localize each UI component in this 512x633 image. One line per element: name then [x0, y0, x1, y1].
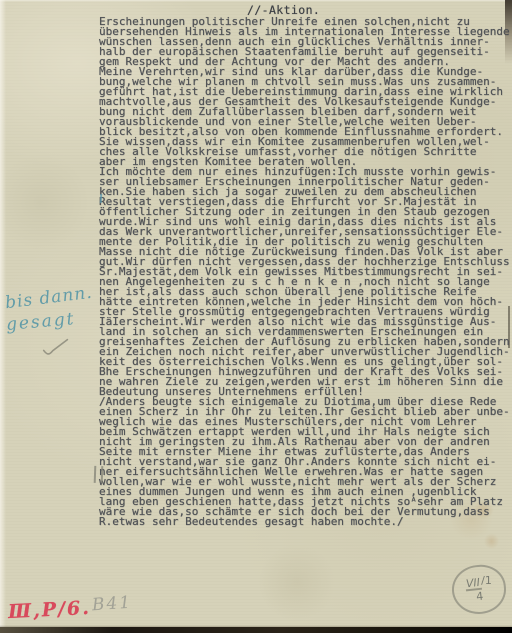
typewritten-line: R.etwas sehr Bedeutendes gesagt haben mo… — [99, 517, 512, 527]
scan-edge-bottom — [0, 627, 512, 633]
stamp-slash: /1 — [481, 575, 492, 586]
red-archive-mark: Ⅲ,P/6. — [7, 597, 91, 623]
scan-edge-top — [0, 0, 512, 2]
checkmark-icon — [40, 334, 69, 363]
pencil-archive-mark: B41 — [91, 593, 132, 616]
scanned-document-page: //-Aktion. Erscheinungen politischer Unr… — [0, 0, 512, 633]
margin-double-bar-icon — [94, 466, 104, 483]
pencil-circle-stamp: VII /1 4 — [450, 562, 509, 616]
handwritten-note-line2: gesagt — [5, 309, 76, 335]
typewritten-text: Erscheinungen politischer Unreife einen … — [99, 17, 512, 527]
stamp-denominator: 4 — [476, 591, 484, 603]
handwritten-note-line1: bis dann. — [4, 283, 94, 314]
